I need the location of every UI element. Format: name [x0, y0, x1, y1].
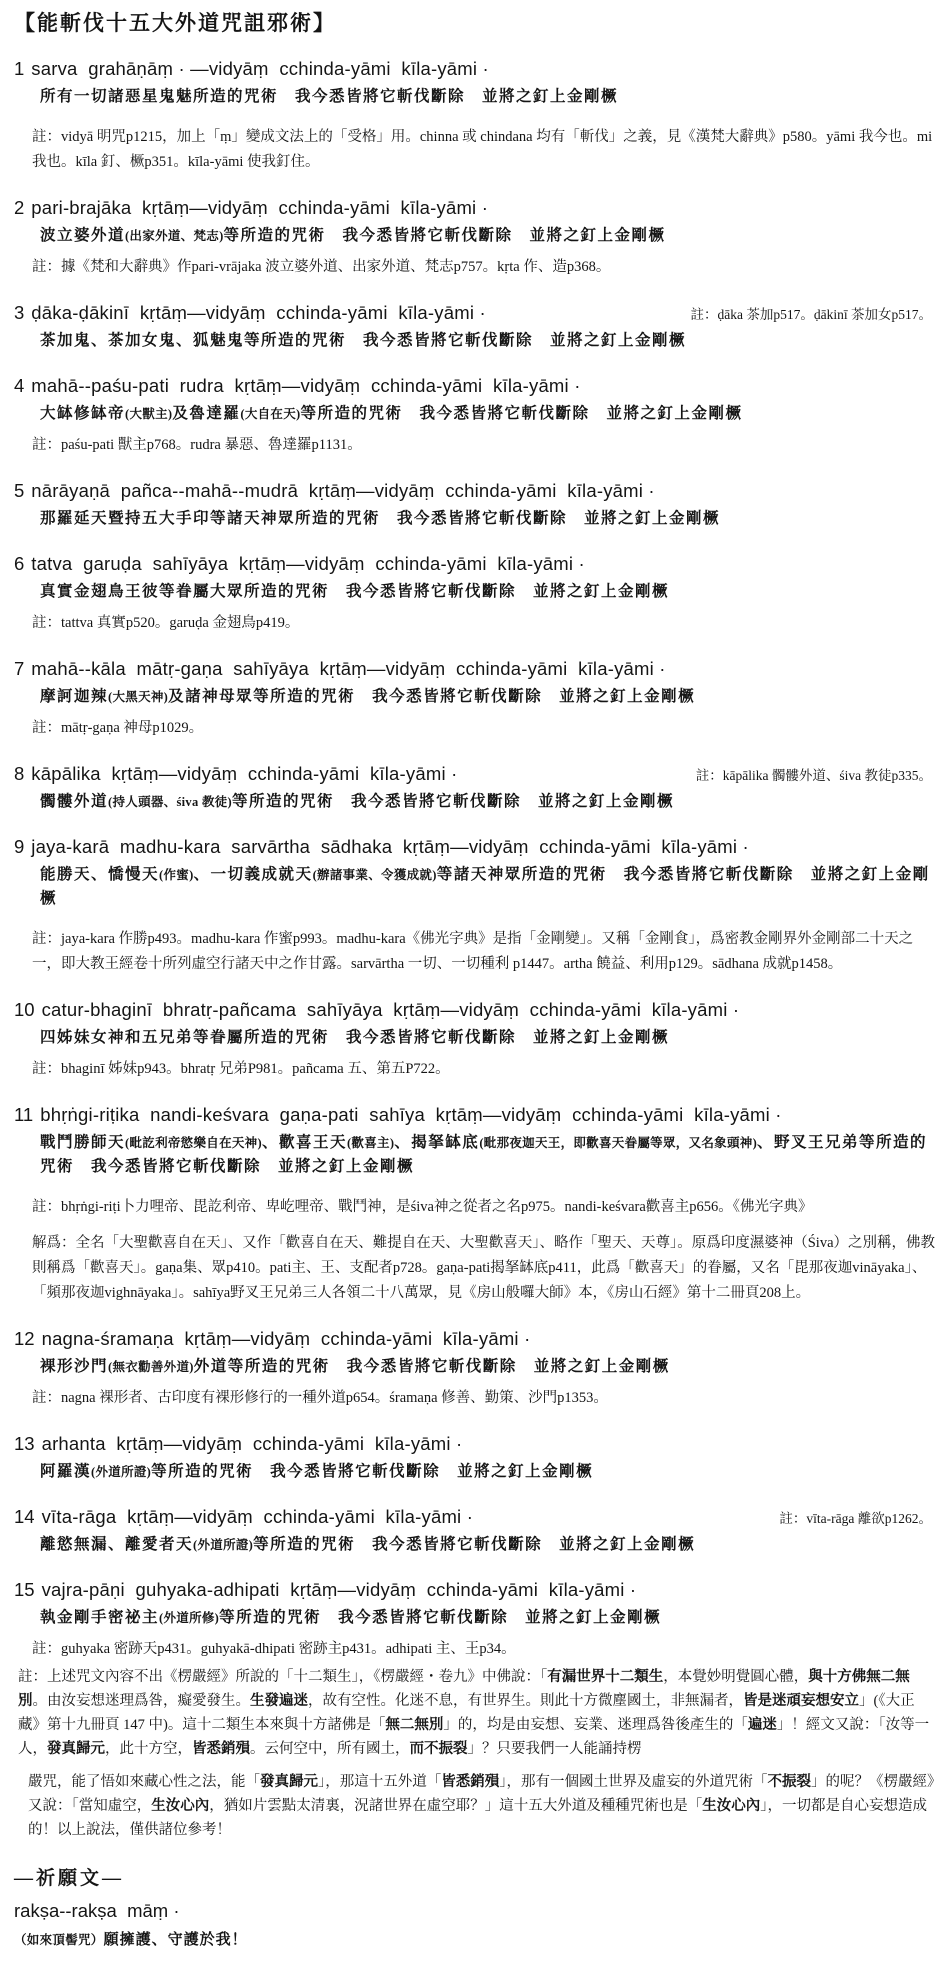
section-8: 8 kāpālika kṛtāṃ—vidyāṃ cchinda-yāmi kīl…: [14, 762, 936, 814]
sanskrit-line: vīta-rāga kṛtāṃ—vidyāṃ cchinda-yāmi kīla…: [42, 1505, 474, 1529]
section-1: 1 sarva grahāṇāṃ · —vidyāṃ cchinda-yāmi …: [14, 57, 936, 175]
section-13: 13 arhanta kṛtāṃ—vidyāṃ cchinda-yāmi kīl…: [14, 1432, 936, 1484]
sanskrit-line: nagna-śramaṇa kṛtāṃ—vidyāṃ cchinda-yāmi …: [42, 1327, 531, 1351]
chinese-gloss: 髑髏外道(持人頭器、śiva 教徒)等所造的咒術 我今悉皆將它斬伐斷除 並將之釘…: [40, 790, 936, 814]
sanskrit-line: arhanta kṛtāṃ—vidyāṃ cchinda-yāmi kīla-y…: [42, 1432, 463, 1456]
section-number: 5: [14, 479, 24, 503]
note-text: 註：nagna 裸形者、古印度有裸形修行的一種外道p654。śramaṇa 修善…: [32, 1386, 936, 1411]
closing-commentary-paragraph-1: 註：上述咒文內容不出《楞嚴經》所說的「十二類生」，《楞嚴經・卷九》中佛說：「有漏…: [18, 1665, 936, 1761]
prayer-gloss: （如來頂髻咒）願擁護、守護於我！: [14, 1928, 936, 1949]
section-7: 7 mahā--kāla mātṛ-gaṇa sahīyāya kṛtāṃ—vi…: [14, 657, 936, 741]
section-number: 1: [14, 57, 24, 81]
chinese-gloss: 能勝天、憍慢天(作蜜)、一切義成就天(辦諸事業、令獲成就)等諸天神眾所造的咒術 …: [40, 863, 936, 911]
chinese-gloss: 離慾無漏、離愛者天(外道所證)等所造的咒術 我今悉皆將它斬伐斷除 並將之釘上金剛…: [40, 1533, 936, 1557]
note-text: 註：據《梵和大辭典》作pari-vrājaka 波立婆外道、出家外道、梵志p75…: [32, 255, 936, 280]
section-number: 7: [14, 657, 24, 681]
side-note-text: 註：kāpālika 髑髏外道、śiva 教徒p335。: [696, 764, 936, 784]
chinese-gloss: 大缽修缽帝(大獸主)及魯達羅(大自在天)等所造的咒術 我今悉皆將它斬伐斷除 並將…: [40, 402, 936, 426]
note-text: 註：paśu-pati 獸主p768。rudra 暴惡、魯達羅p1131。: [32, 433, 936, 458]
chinese-gloss: 戰鬥勝師天(毗訖利帝慾樂自在天神)、歡喜王天(歡喜主)、揭拏缽底(毗那夜迦天王，…: [40, 1131, 936, 1179]
section-number: 13: [14, 1432, 35, 1456]
chinese-gloss: 所有一切諸惡星鬼魅所造的咒術 我今悉皆將它斬伐斷除 並將之釘上金剛橛: [40, 85, 936, 109]
prayer-block: —祈願文— rakṣa--rakṣa māṃ · （如來頂髻咒）願擁護、守護於我…: [14, 1866, 936, 1949]
chinese-gloss: 那羅延天暨持五大手印等諸天神眾所造的咒術 我今悉皆將它斬伐斷除 並將之釘上金剛橛: [40, 507, 936, 531]
chinese-gloss: 摩訶迦辣(大黑天神)及諸神母眾等所造的咒術 我今悉皆將它斬伐斷除 並將之釘上金剛…: [40, 685, 936, 709]
note-text: 註：mātṛ-gaṇa 神母p1029。: [32, 716, 936, 741]
sanskrit-line: catur-bhaginī bhratṛ-pañcama sahīyāya kṛ…: [42, 998, 740, 1022]
note-text: 註：bhaginī 姊妹p943。bhratṛ 兄弟P981。pañcama 五…: [32, 1057, 936, 1082]
sanskrit-line: ḍāka-ḍākinī kṛtāṃ—vidyāṃ cchinda-yāmi kī…: [31, 301, 486, 325]
section-12: 12 nagna-śramaṇa kṛtāṃ—vidyāṃ cchinda-yā…: [14, 1327, 936, 1411]
chinese-gloss: 裸形沙門(無衣勸善外道)外道等所造的咒術 我今悉皆將它斬伐斷除 並將之釘上金剛橛: [40, 1355, 936, 1379]
note-text: 註：tattva 真實p520。garuḍa 金翅鳥p419。: [32, 611, 936, 636]
chinese-gloss: 真實金翅鳥王彼等眷屬大眾所造的咒術 我今悉皆將它斬伐斷除 並將之釘上金剛橛: [40, 580, 936, 604]
chinese-gloss: 阿羅漢(外道所證)等所造的咒術 我今悉皆將它斬伐斷除 並將之釘上金剛橛: [40, 1460, 936, 1484]
section-number: 10: [14, 998, 35, 1022]
sanskrit-line: nārāyaṇā pañca--mahā--mudrā kṛtāṃ—vidyāṃ…: [31, 479, 654, 503]
page-title: 【能斬伐十五大外道咒詛邪術】: [14, 10, 936, 36]
sanskrit-line: vajra-pāṇi guhyaka-adhipati kṛtāṃ—vidyāṃ…: [42, 1578, 637, 1602]
section-14: 14 vīta-rāga kṛtāṃ—vidyāṃ cchinda-yāmi k…: [14, 1505, 936, 1557]
section-11: 11 bhṛṅgi-riṭika nandi-keśvara gaṇa-pati…: [14, 1103, 936, 1306]
section-9: 9 jaya-karā madhu-kara sarvārtha sādhaka…: [14, 835, 936, 977]
closing-commentary-paragraph-2: 嚴咒，能了悟如來藏心性之法，能「發真歸元」，那這十五外道「皆悉銷殞」，那有一個國…: [28, 1770, 936, 1842]
sanskrit-line: mahā--kāla mātṛ-gaṇa sahīyāya kṛtāṃ—vidy…: [31, 657, 665, 681]
section-4: 4 mahā--paśu-pati rudra kṛtāṃ—vidyāṃ cch…: [14, 374, 936, 458]
prayer-heading: —祈願文—: [14, 1866, 936, 1892]
note-text: 註：jaya-kara 作勝p493。madhu-kara 作蜜p993。mad…: [32, 927, 936, 977]
side-note-text: 註：ḍāka 茶加p517。ḍākinī 茶加女p517。: [691, 303, 936, 323]
section-number: 6: [14, 552, 24, 576]
note-text-continued: 解爲：全名「大聖歡喜自在天」、又作「歡喜自在天、難提自在天、大聖歡喜天」、略作「…: [32, 1231, 936, 1306]
sanskrit-line: mahā--paśu-pati rudra kṛtāṃ—vidyāṃ cchin…: [31, 374, 580, 398]
chinese-gloss: 執金剛手密祕主(外道所修)等所造的咒術 我今悉皆將它斬伐斷除 並將之釘上金剛橛: [40, 1606, 936, 1630]
section-number: 3: [14, 301, 24, 325]
note-text: 註：bhṛṅgi-riṭi卜力哩帝、毘訖利帝、卑屹哩帝、戰鬥神，是śiva神之從…: [32, 1195, 936, 1220]
section-number: 14: [14, 1505, 35, 1529]
note-text: 註：guhyaka 密跡天p431。guhyakā-dhipati 密跡主p43…: [32, 1637, 936, 1662]
section-number: 12: [14, 1327, 35, 1351]
section-number: 2: [14, 196, 24, 220]
note-text: 註：vidyā 明咒p1215，加上「ṃ」變成文法上的「受格」用。chinna …: [32, 125, 936, 175]
chinese-gloss: 四姊妹女神和五兄弟等眷屬所造的咒術 我今悉皆將它斬伐斷除 並將之釘上金剛橛: [40, 1026, 936, 1050]
prayer-sanskrit-line: rakṣa--rakṣa māṃ ·: [14, 1899, 936, 1923]
chinese-gloss: 茶加鬼、茶加女鬼、狐魅鬼等所造的咒術 我今悉皆將它斬伐斷除 並將之釘上金剛橛: [40, 329, 936, 353]
sanskrit-line: bhṛṅgi-riṭika nandi-keśvara gaṇa-pati sa…: [40, 1103, 781, 1127]
sanskrit-line: sarva grahāṇāṃ · —vidyāṃ cchinda-yāmi kī…: [31, 57, 489, 81]
section-number: 4: [14, 374, 24, 398]
section-15: 15 vajra-pāṇi guhyaka-adhipati kṛtāṃ—vid…: [14, 1578, 936, 1662]
section-number: 15: [14, 1578, 35, 1602]
section-2: 2 pari-brajāka kṛtāṃ—vidyāṃ cchinda-yāmi…: [14, 196, 936, 280]
sanskrit-line: jaya-karā madhu-kara sarvārtha sādhaka k…: [31, 835, 749, 859]
section-5: 5 nārāyaṇā pañca--mahā--mudrā kṛtāṃ—vidy…: [14, 479, 936, 531]
side-note-text: 註：vīta-rāga 離欲p1262。: [779, 1507, 936, 1527]
section-number: 8: [14, 762, 24, 786]
section-number: 11: [14, 1103, 33, 1127]
sanskrit-line: tatva garuḍa sahīyāya kṛtāṃ—vidyāṃ cchin…: [31, 552, 585, 576]
sanskrit-line: kāpālika kṛtāṃ—vidyāṃ cchinda-yāmi kīla-…: [31, 762, 457, 786]
sanskrit-line: pari-brajāka kṛtāṃ—vidyāṃ cchinda-yāmi k…: [31, 196, 488, 220]
section-3: 3 ḍāka-ḍākinī kṛtāṃ—vidyāṃ cchinda-yāmi …: [14, 301, 936, 353]
section-number: 9: [14, 835, 24, 859]
chinese-gloss: 波立婆外道(出家外道、梵志)等所造的咒術 我今悉皆將它斬伐斷除 並將之釘上金剛橛: [40, 224, 936, 248]
section-10: 10 catur-bhaginī bhratṛ-pañcama sahīyāya…: [14, 998, 936, 1082]
section-6: 6 tatva garuḍa sahīyāya kṛtāṃ—vidyāṃ cch…: [14, 552, 936, 636]
